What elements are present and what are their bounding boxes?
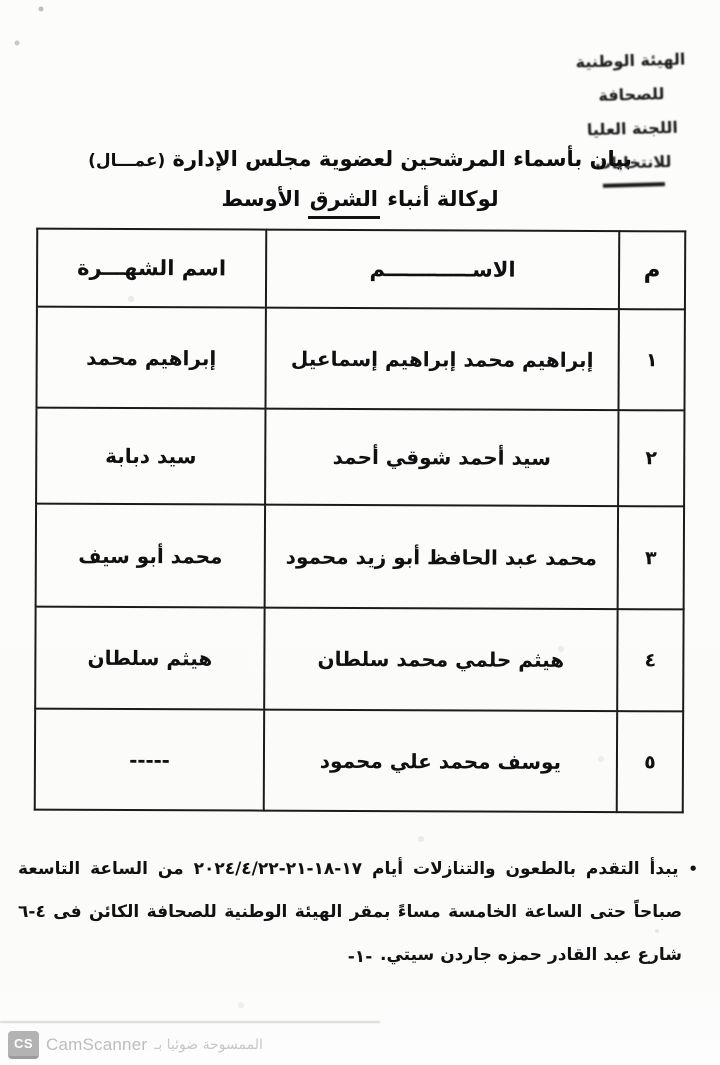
title-agency-prefix: لوكالة أنباء — [387, 187, 498, 211]
title-agency-suffix: الأوسط — [221, 187, 300, 211]
table-header-row: م الاســــــــــــم اسم الشهـــرة — [37, 229, 685, 310]
stamp-line2: اللجنة العليا للانتخابات — [550, 110, 716, 183]
candidate-name: يوسف محمد علي محمود — [264, 710, 617, 813]
camscanner-brand-text: CamScanner — [46, 1035, 147, 1055]
row-index: ١ — [618, 309, 684, 410]
candidate-name: هيثم حلمي محمد سلطان — [264, 608, 617, 712]
table-row: ٣ محمد عبد الحافظ أبو زيد محمود محمد أبو… — [36, 504, 684, 610]
candidate-name: إبراهيم محمد إبراهيم إسماعيل — [265, 308, 618, 411]
camscanner-logo-icon: CS — [8, 1031, 39, 1059]
table-row: ٢ سيد أحمد شوقي أحمد سيد دبابة — [36, 408, 684, 507]
candidate-alias: إبراهيم محمد — [36, 307, 265, 409]
table-row: ١ إبراهيم محمد إبراهيم إسماعيل إبراهيم م… — [36, 307, 684, 411]
candidate-name: محمد عبد الحافظ أبو زيد محمود — [265, 505, 618, 610]
row-index: ٢ — [618, 410, 684, 506]
header-index: م — [619, 231, 685, 309]
bullet-point: • — [688, 860, 698, 878]
candidate-alias: هيثم سلطان — [35, 607, 264, 710]
header-name: الاســــــــــــم — [266, 230, 619, 310]
stamp-line1: الهيئة الوطنية للصحافة — [548, 42, 714, 115]
table-row: ٤ هيثم حلمي محمد سلطان هيثم سلطان — [35, 607, 683, 712]
candidate-alias: محمد أبو سيف — [36, 504, 265, 608]
title-main-text: بيان بأسماء المرشحين لعضوية مجلس الإدارة — [173, 147, 632, 171]
document-title-line1: بيان بأسماء المرشحين لعضوية مجلس الإدارة… — [0, 147, 720, 171]
candidate-alias: ----- — [35, 709, 264, 811]
scan-edge-artifact — [0, 1021, 380, 1023]
title-category-label: (عمـــال) — [88, 151, 165, 171]
scan-noise-specks — [0, 0, 2, 2]
candidate-alias: سيد دبابة — [36, 408, 265, 505]
row-index: ٣ — [618, 506, 684, 609]
camscanner-watermark: CS CamScanner الممسوحة ضوئيا بـ — [8, 1030, 263, 1060]
scanned-document-page: الهيئة الوطنية للصحافة اللجنة العليا للا… — [0, 0, 720, 1065]
row-index: ٥ — [617, 711, 683, 812]
scanned-with-arabic-text: الممسوحة ضوئيا بـ — [154, 1037, 263, 1053]
page-number: -١- — [0, 947, 720, 967]
candidate-name: سيد أحمد شوقي أحمد — [265, 409, 618, 507]
candidates-table: م الاســــــــــــم اسم الشهـــرة ١ إبرا… — [34, 228, 687, 814]
title-underlined-word: الشرق — [308, 187, 380, 219]
table-row: ٥ يوسف محمد علي محمود ----- — [35, 709, 683, 813]
header-alias: اسم الشهـــرة — [37, 229, 266, 308]
document-title-line2: لوكالة أنباء الشرق الأوسط — [0, 187, 720, 211]
row-index: ٤ — [617, 609, 683, 711]
